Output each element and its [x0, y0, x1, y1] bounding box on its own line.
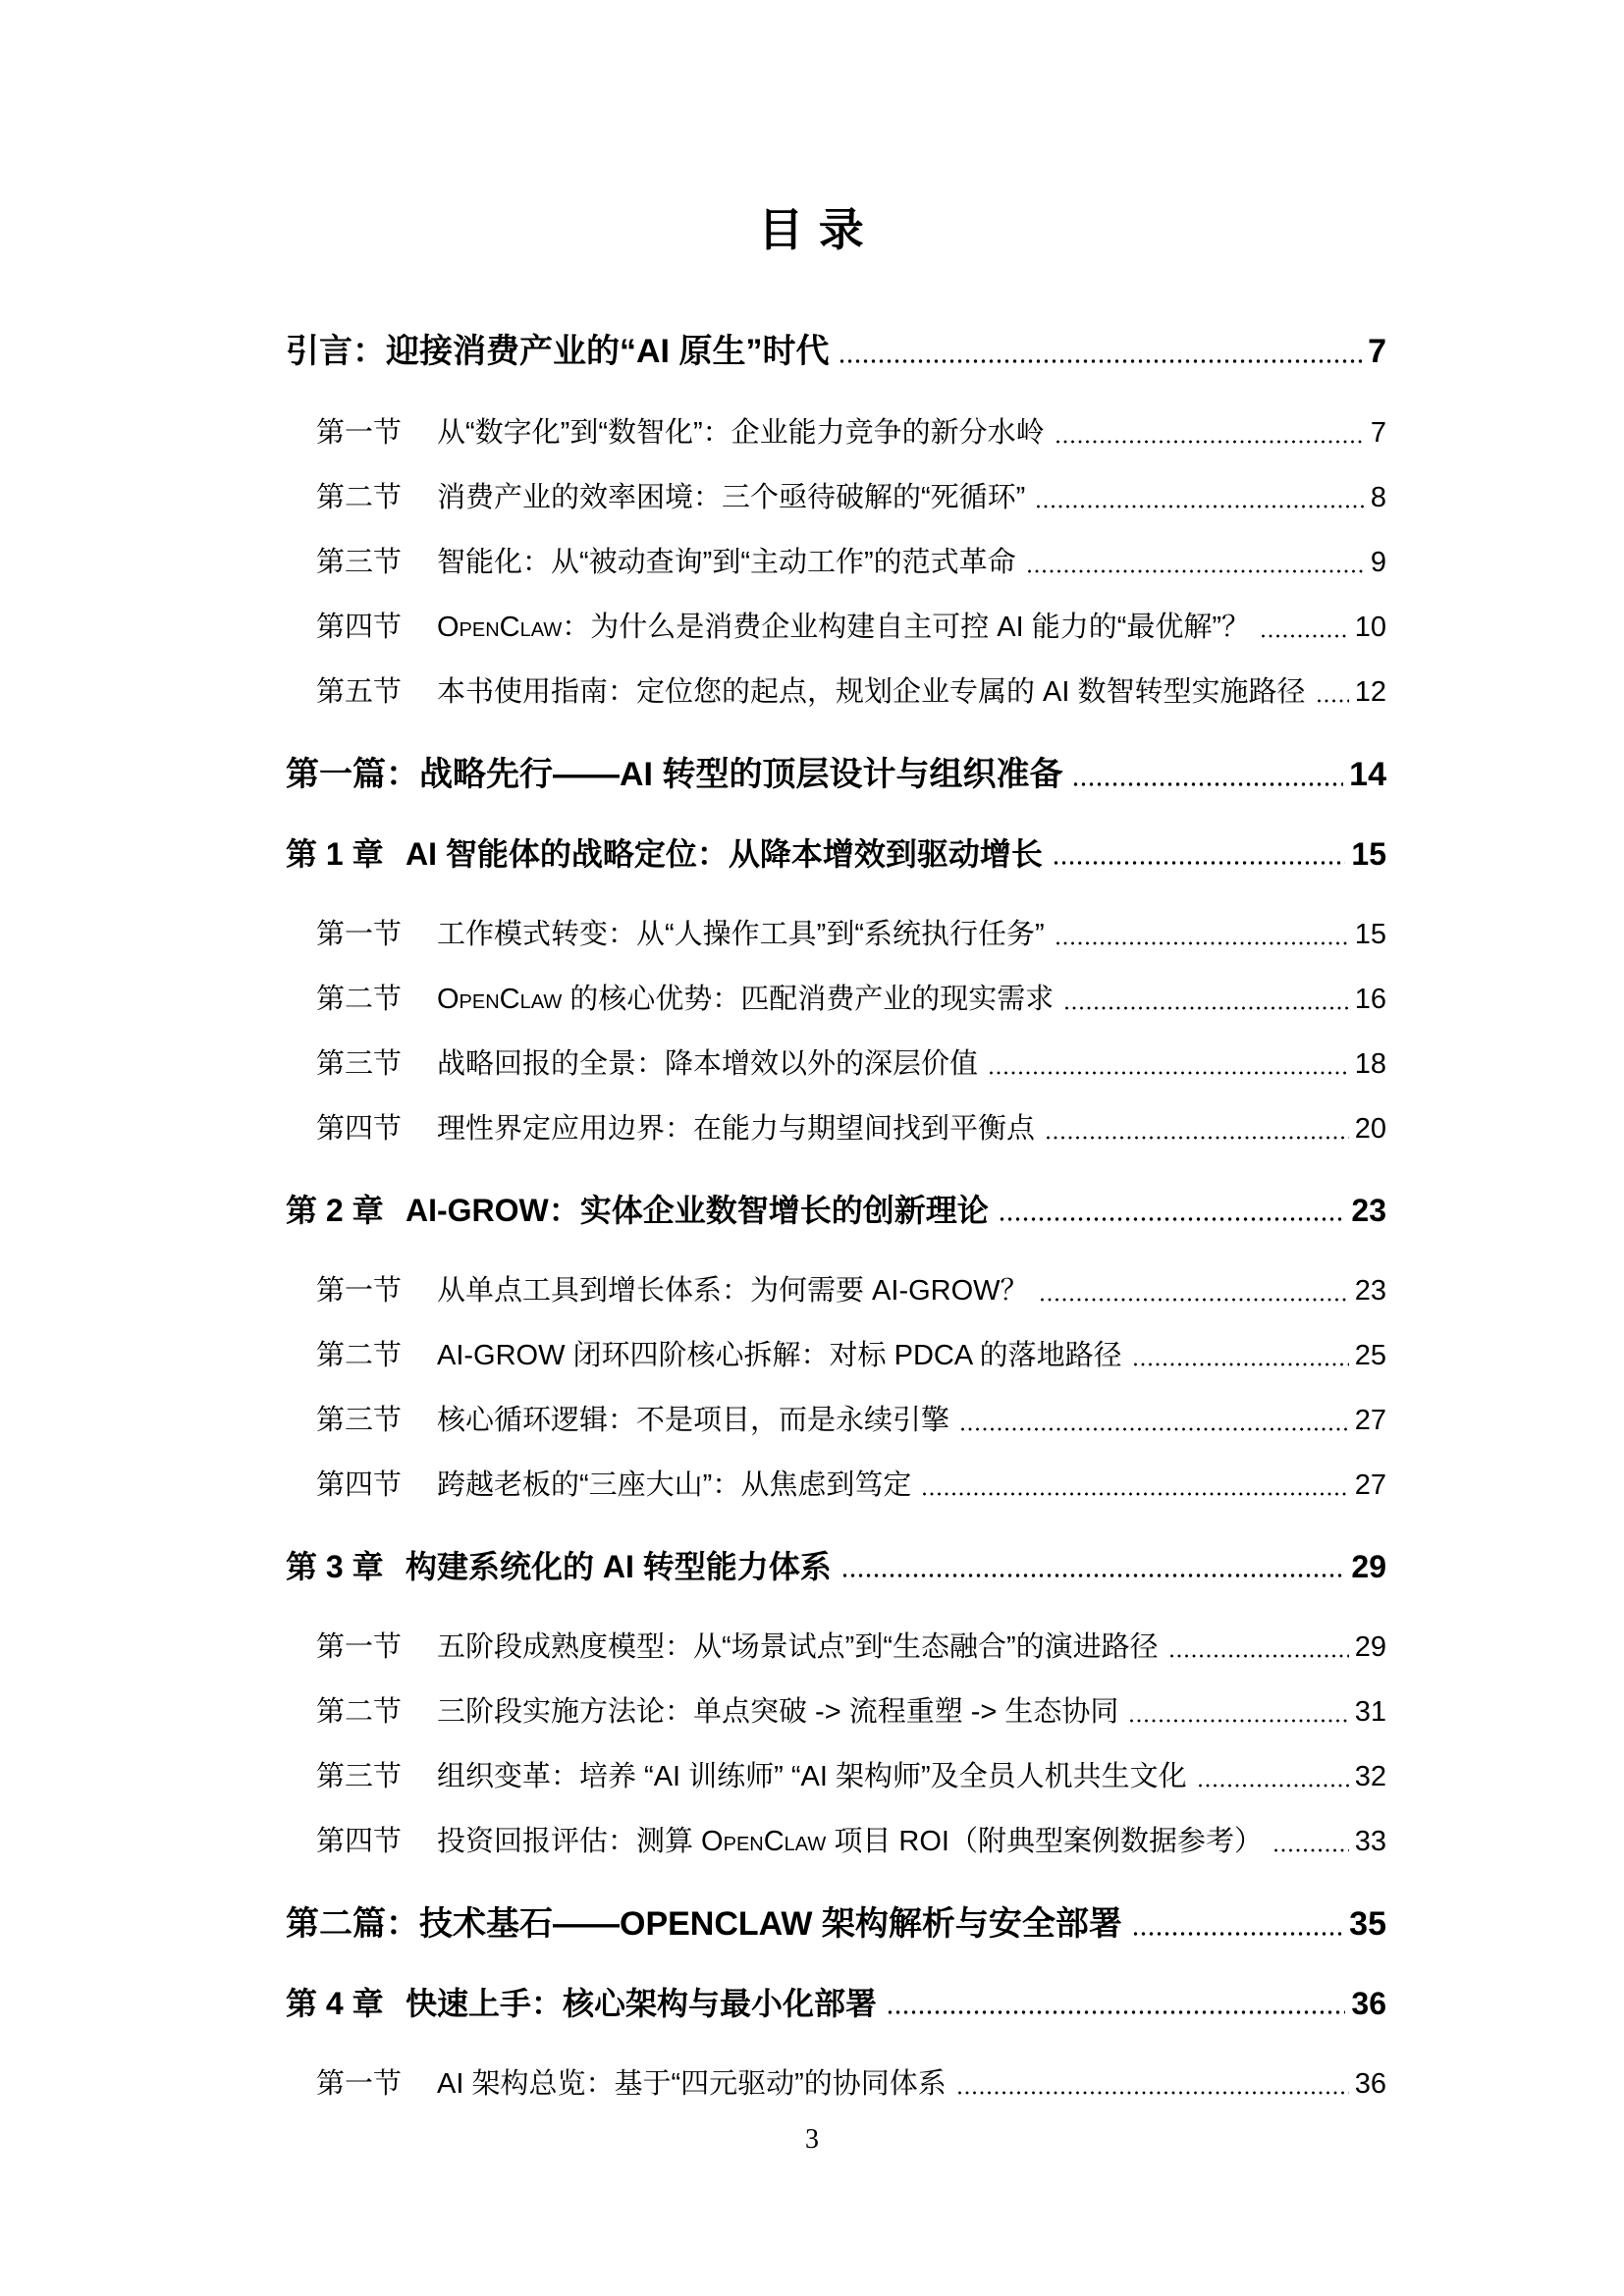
- toc-entry: 第四节 OpenClaw：为什么是消费企业构建自主可控 AI 能力的“最优解”？…: [286, 610, 1386, 646]
- toc-list: 引言：迎接消费产业的“AI 原生”时代 7 第一节 从“数字化”到“数智化”：企…: [286, 331, 1386, 2103]
- toc-entry-page-number: 23: [1351, 1191, 1386, 1230]
- toc-entry: 第三节 战略回报的全景：降本增效以外的深层价值 18: [286, 1046, 1386, 1083]
- toc-entry-label: 第三节: [316, 1759, 437, 1795]
- toc-entry-page-number: 31: [1355, 1694, 1386, 1731]
- toc-entry-page-number: 7: [1368, 331, 1386, 372]
- toc-entry-label: 第四节: [316, 610, 437, 646]
- dot-leader-icon: [988, 1069, 1349, 1077]
- toc-entry-title: 理性界定应用边界：在能力与期望间找到平衡点: [437, 1111, 1035, 1148]
- toc-entry-page-number: 18: [1355, 1046, 1386, 1083]
- footer-page-number: 3: [0, 2124, 1624, 2156]
- toc-entry: 第三节 组织变革：培养 “AI 训练师” “AI 架构师”及全员人机共生文化 3…: [286, 1759, 1386, 1795]
- toc-entry-page-number: 20: [1355, 1111, 1386, 1148]
- toc-entry-title: OpenClaw：为什么是消费企业构建自主可控 AI 能力的“最优解”？: [437, 610, 1250, 646]
- toc-entry: 第三节 智能化：从“被动查询”到“主动工作”的范式革命 9: [286, 545, 1386, 581]
- dot-leader-icon: [1132, 1361, 1349, 1368]
- toc-entry-title: 组织变革：培养 “AI 训练师” “AI 架构师”及全员人机共生文化: [437, 1759, 1187, 1795]
- toc-entry-page-number: 36: [1351, 1984, 1386, 2023]
- dot-leader-icon: [999, 1215, 1346, 1223]
- dot-leader-icon: [1026, 567, 1365, 575]
- toc-entry-page-number: 8: [1371, 480, 1386, 516]
- dot-leader-icon: [921, 1490, 1348, 1498]
- toc-entry-page-number: 27: [1355, 1403, 1386, 1439]
- toc-entry: 第一节 五阶段成熟度模型：从“场景试点”到“生态融合”的演进路径 29: [286, 1629, 1386, 1666]
- toc-entry-title: 三阶段实施方法论：单点突破 -> 流程重塑 -> 生态协同: [437, 1694, 1118, 1731]
- toc-entry-page-number: 14: [1349, 754, 1386, 795]
- toc-entry: 第二节 三阶段实施方法论：单点突破 -> 流程重塑 -> 生态协同 31: [286, 1694, 1386, 1731]
- toc-entry-title: OpenClaw 的核心优势：匹配消费产业的现实需求: [437, 982, 1054, 1018]
- toc-entry-title: 构建系统化的 AI 转型能力体系: [406, 1547, 832, 1586]
- dot-leader-icon: [1132, 1930, 1343, 1938]
- toc-entry-title: 引言：迎接消费产业的“AI 原生”时代: [286, 331, 829, 372]
- dot-leader-icon: [1197, 1782, 1349, 1789]
- toc-entry-label: 第四节: [316, 1824, 437, 1860]
- toc-entry-title: AI-GROW 闭环四阶核心拆解：对标 PDCA 的落地路径: [437, 1338, 1122, 1374]
- toc-entry-page-number: 15: [1355, 917, 1386, 953]
- toc-entry-title: 工作模式转变：从“人操作工具”到“系统执行任务”: [437, 917, 1045, 953]
- toc-entry-title: 第一篇：战略先行——AI 转型的顶层设计与组织准备: [286, 754, 1062, 795]
- toc-entry-title: 战略回报的全景：降本增效以外的深层价值: [437, 1046, 978, 1083]
- toc-entry-page-number: 33: [1355, 1824, 1386, 1860]
- toc-entry-page-number: 25: [1355, 1338, 1386, 1374]
- toc-entry-label: 第二节: [316, 1694, 437, 1731]
- toc-entry: 第一节 AI 架构总览：基于“四元驱动”的协同体系 36: [286, 2066, 1386, 2103]
- dot-leader-icon: [1055, 939, 1349, 947]
- toc-entry: 第五节 本书使用指南：定位您的起点，规划企业专属的 AI 数智转型实施路径 12: [286, 674, 1386, 711]
- dot-leader-icon: [1055, 438, 1365, 446]
- toc-entry-page-number: 12: [1355, 674, 1386, 711]
- dot-leader-icon: [1053, 859, 1346, 867]
- toc-entry: 第 2 章 AI-GROW：实体企业数智增长的创新理论 23: [286, 1191, 1386, 1230]
- toc-entry: 第二节 AI-GROW 闭环四阶核心拆解：对标 PDCA 的落地路径 25: [286, 1338, 1386, 1374]
- toc-entry-title: 消费产业的效率困境：三个亟待破解的“死循环”: [437, 480, 1025, 516]
- toc-entry-label: 第 2 章: [286, 1191, 406, 1230]
- toc-entry-page-number: 9: [1371, 545, 1386, 581]
- document-page: { "document": { "title": "目 录", "footer_…: [0, 0, 1624, 2296]
- toc-entry-title: 投资回报评估：测算 OpenClaw 项目 ROI（附典型案例数据参考）: [437, 1824, 1263, 1860]
- toc-entry-label: 第一节: [316, 415, 437, 452]
- toc-entry-page-number: 7: [1371, 415, 1386, 452]
- toc-entry-page-number: 36: [1355, 2066, 1386, 2103]
- toc-entry-title: AI 架构总览：基于“四元驱动”的协同体系: [437, 2066, 947, 2103]
- dot-leader-icon: [839, 357, 1362, 365]
- toc-entry-label: 第 4 章: [286, 1984, 406, 2023]
- toc-entry-label: 第 1 章: [286, 834, 406, 874]
- dot-leader-icon: [956, 2089, 1349, 2097]
- toc-entry-title: 快速上手：核心架构与最小化部署: [406, 1984, 877, 2023]
- toc-entry-label: 第一节: [316, 917, 437, 953]
- toc-entry-page-number: 15: [1351, 834, 1386, 874]
- dot-leader-icon: [841, 1572, 1346, 1579]
- toc-entry-title: 五阶段成熟度模型：从“场景试点”到“生态融合”的演进路径: [437, 1629, 1159, 1666]
- toc-entry-label: 第三节: [316, 1403, 437, 1439]
- toc-entry: 第一节 从“数字化”到“数智化”：企业能力竞争的新分水岭 7: [286, 415, 1386, 452]
- toc-entry-label: 第 3 章: [286, 1547, 406, 1586]
- toc-entry-title: 本书使用指南：定位您的起点，规划企业专属的 AI 数智转型实施路径: [437, 674, 1306, 711]
- toc-entry-label: 第三节: [316, 1046, 437, 1083]
- toc-entry-page-number: 29: [1355, 1629, 1386, 1666]
- toc-entry-label: 第二节: [316, 480, 437, 516]
- dot-leader-icon: [1316, 697, 1349, 705]
- dot-leader-icon: [1039, 1296, 1349, 1304]
- toc-entry-page-number: 32: [1355, 1759, 1386, 1795]
- toc-entry: 第二节 消费产业的效率困境：三个亟待破解的“死循环” 8: [286, 480, 1386, 516]
- dot-leader-icon: [1168, 1652, 1349, 1660]
- toc-entry-label: 第一节: [316, 1273, 437, 1309]
- toc-entry-label: 第一节: [316, 2066, 437, 2103]
- toc-entry-page-number: 23: [1355, 1273, 1386, 1309]
- toc-entry-title: 核心循环逻辑：不是项目，而是永续引擎: [437, 1403, 949, 1439]
- dot-leader-icon: [1063, 1004, 1348, 1012]
- toc-entry: 第 1 章 AI 智能体的战略定位：从降本增效到驱动增长 15: [286, 834, 1386, 874]
- toc-entry-title: 从“数字化”到“数智化”：企业能力竞争的新分水岭: [437, 415, 1045, 452]
- dot-leader-icon: [1128, 1717, 1348, 1725]
- toc-entry-title: 智能化：从“被动查询”到“主动工作”的范式革命: [437, 545, 1016, 581]
- toc-entry-label: 第四节: [316, 1468, 437, 1504]
- dot-leader-icon: [1272, 1846, 1349, 1854]
- toc-entry-label: 第五节: [316, 674, 437, 711]
- toc-entry-title: 第二篇：技术基石——OPENCLAW 架构解析与安全部署: [286, 1903, 1122, 1945]
- dot-leader-icon: [1035, 503, 1365, 510]
- toc-entry-label: 第一节: [316, 1629, 437, 1666]
- dot-leader-icon: [959, 1425, 1349, 1433]
- toc-entry: 第 4 章 快速上手：核心架构与最小化部署 36: [286, 1984, 1386, 2023]
- toc-entry-page-number: 35: [1349, 1903, 1386, 1945]
- toc-entry: 第二篇：技术基石——OPENCLAW 架构解析与安全部署 35: [286, 1903, 1386, 1945]
- dot-leader-icon: [1072, 780, 1343, 788]
- toc-entry-label: 第二节: [316, 1338, 437, 1374]
- toc-entry: 第四节 跨越老板的“三座大山”：从焦虑到笃定 27: [286, 1468, 1386, 1504]
- toc-entry: 引言：迎接消费产业的“AI 原生”时代 7: [286, 331, 1386, 372]
- toc-entry-title: AI-GROW：实体企业数智增长的创新理论: [406, 1191, 989, 1230]
- dot-leader-icon: [887, 2008, 1345, 2016]
- dot-leader-icon: [1260, 632, 1349, 640]
- toc-entry-label: 第二节: [316, 982, 437, 1018]
- toc-entry: 第四节 投资回报评估：测算 OpenClaw 项目 ROI（附典型案例数据参考）…: [286, 1824, 1386, 1860]
- toc-entry: 第一篇：战略先行——AI 转型的顶层设计与组织准备 14: [286, 754, 1386, 795]
- toc-entry-title: 跨越老板的“三座大山”：从焦虑到笃定: [437, 1468, 911, 1504]
- toc-entry-page-number: 29: [1351, 1547, 1386, 1586]
- toc-entry: 第一节 从单点工具到增长体系：为何需要 AI-GROW？ 23: [286, 1273, 1386, 1309]
- toc-entry-title: 从单点工具到增长体系：为何需要 AI-GROW？: [437, 1273, 1029, 1309]
- toc-entry: 第三节 核心循环逻辑：不是项目，而是永续引擎 27: [286, 1403, 1386, 1439]
- toc-entry-title: AI 智能体的战略定位：从降本增效到驱动增长: [406, 834, 1043, 874]
- toc-entry: 第二节 OpenClaw 的核心优势：匹配消费产业的现实需求 16: [286, 982, 1386, 1018]
- toc-entry: 第 3 章 构建系统化的 AI 转型能力体系 29: [286, 1547, 1386, 1586]
- toc-entry-label: 第三节: [316, 545, 437, 581]
- toc-entry-page-number: 27: [1355, 1468, 1386, 1504]
- toc-entry-label: 第四节: [316, 1111, 437, 1148]
- toc-entry: 第四节 理性界定应用边界：在能力与期望间找到平衡点 20: [286, 1111, 1386, 1148]
- toc-entry-page-number: 10: [1355, 610, 1386, 646]
- dot-leader-icon: [1045, 1134, 1349, 1142]
- page-title: 目 录: [0, 201, 1624, 260]
- toc-entry-page-number: 16: [1355, 982, 1386, 1018]
- toc-entry: 第一节 工作模式转变：从“人操作工具”到“系统执行任务” 15: [286, 917, 1386, 953]
